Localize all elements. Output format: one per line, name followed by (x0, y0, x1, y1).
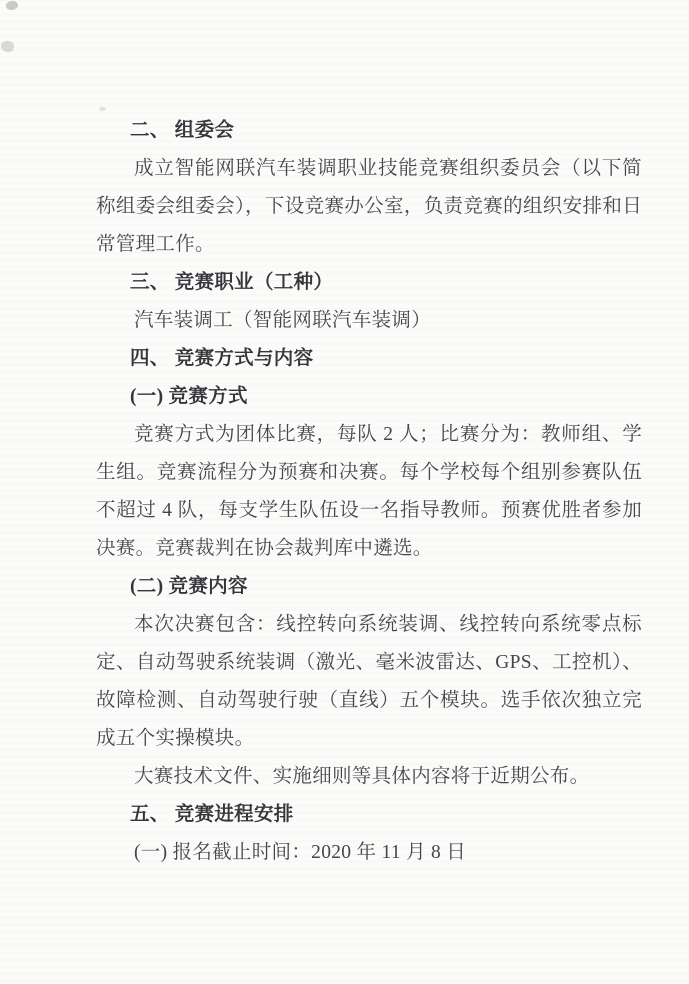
section-heading-organizing-committee: 二、 组委会 (96, 112, 642, 150)
section-heading-schedule: 五、 竞赛进程安排 (96, 796, 642, 834)
paragraph-format-details: 竞赛方式为团体比赛，每队 2 人；比赛分为：教师组、学生组。竞赛流程分为预赛和决… (96, 416, 642, 568)
subsection-heading-content: (二) 竞赛内容 (96, 568, 642, 606)
paragraph-documents-notice: 大赛技术文件、实施细则等具体内容将于近期公布。 (96, 758, 642, 796)
subsection-heading-format: (一) 竞赛方式 (96, 378, 642, 416)
paragraph-content-modules: 本次决赛包含：线控转向系统装调、线控转向系统零点标定、自动驾驶系统装调（激光、毫… (96, 606, 642, 758)
scan-artifact (5, 0, 19, 11)
paragraph-committee-setup: 成立智能网联汽车装调职业技能竞赛组织委员会（以下简称组委会组委会），下设竞赛办公… (96, 150, 642, 264)
paragraph-registration-deadline: (一) 报名截止时间：2020 年 11 月 8 日 (96, 834, 642, 872)
scan-artifact (99, 107, 106, 111)
paragraph-occupation-name: 汽车装调工（智能网联汽车装调） (96, 302, 642, 340)
section-heading-occupation: 三、 竞赛职业（工种） (96, 264, 642, 302)
section-heading-format-and-content: 四、 竞赛方式与内容 (96, 340, 642, 378)
document-page: 二、 组委会 成立智能网联汽车装调职业技能竞赛组织委员会（以下简称组委会组委会）… (0, 0, 689, 984)
scan-artifact (0, 40, 14, 53)
document-body: 二、 组委会 成立智能网联汽车装调职业技能竞赛组织委员会（以下简称组委会组委会）… (96, 112, 642, 872)
